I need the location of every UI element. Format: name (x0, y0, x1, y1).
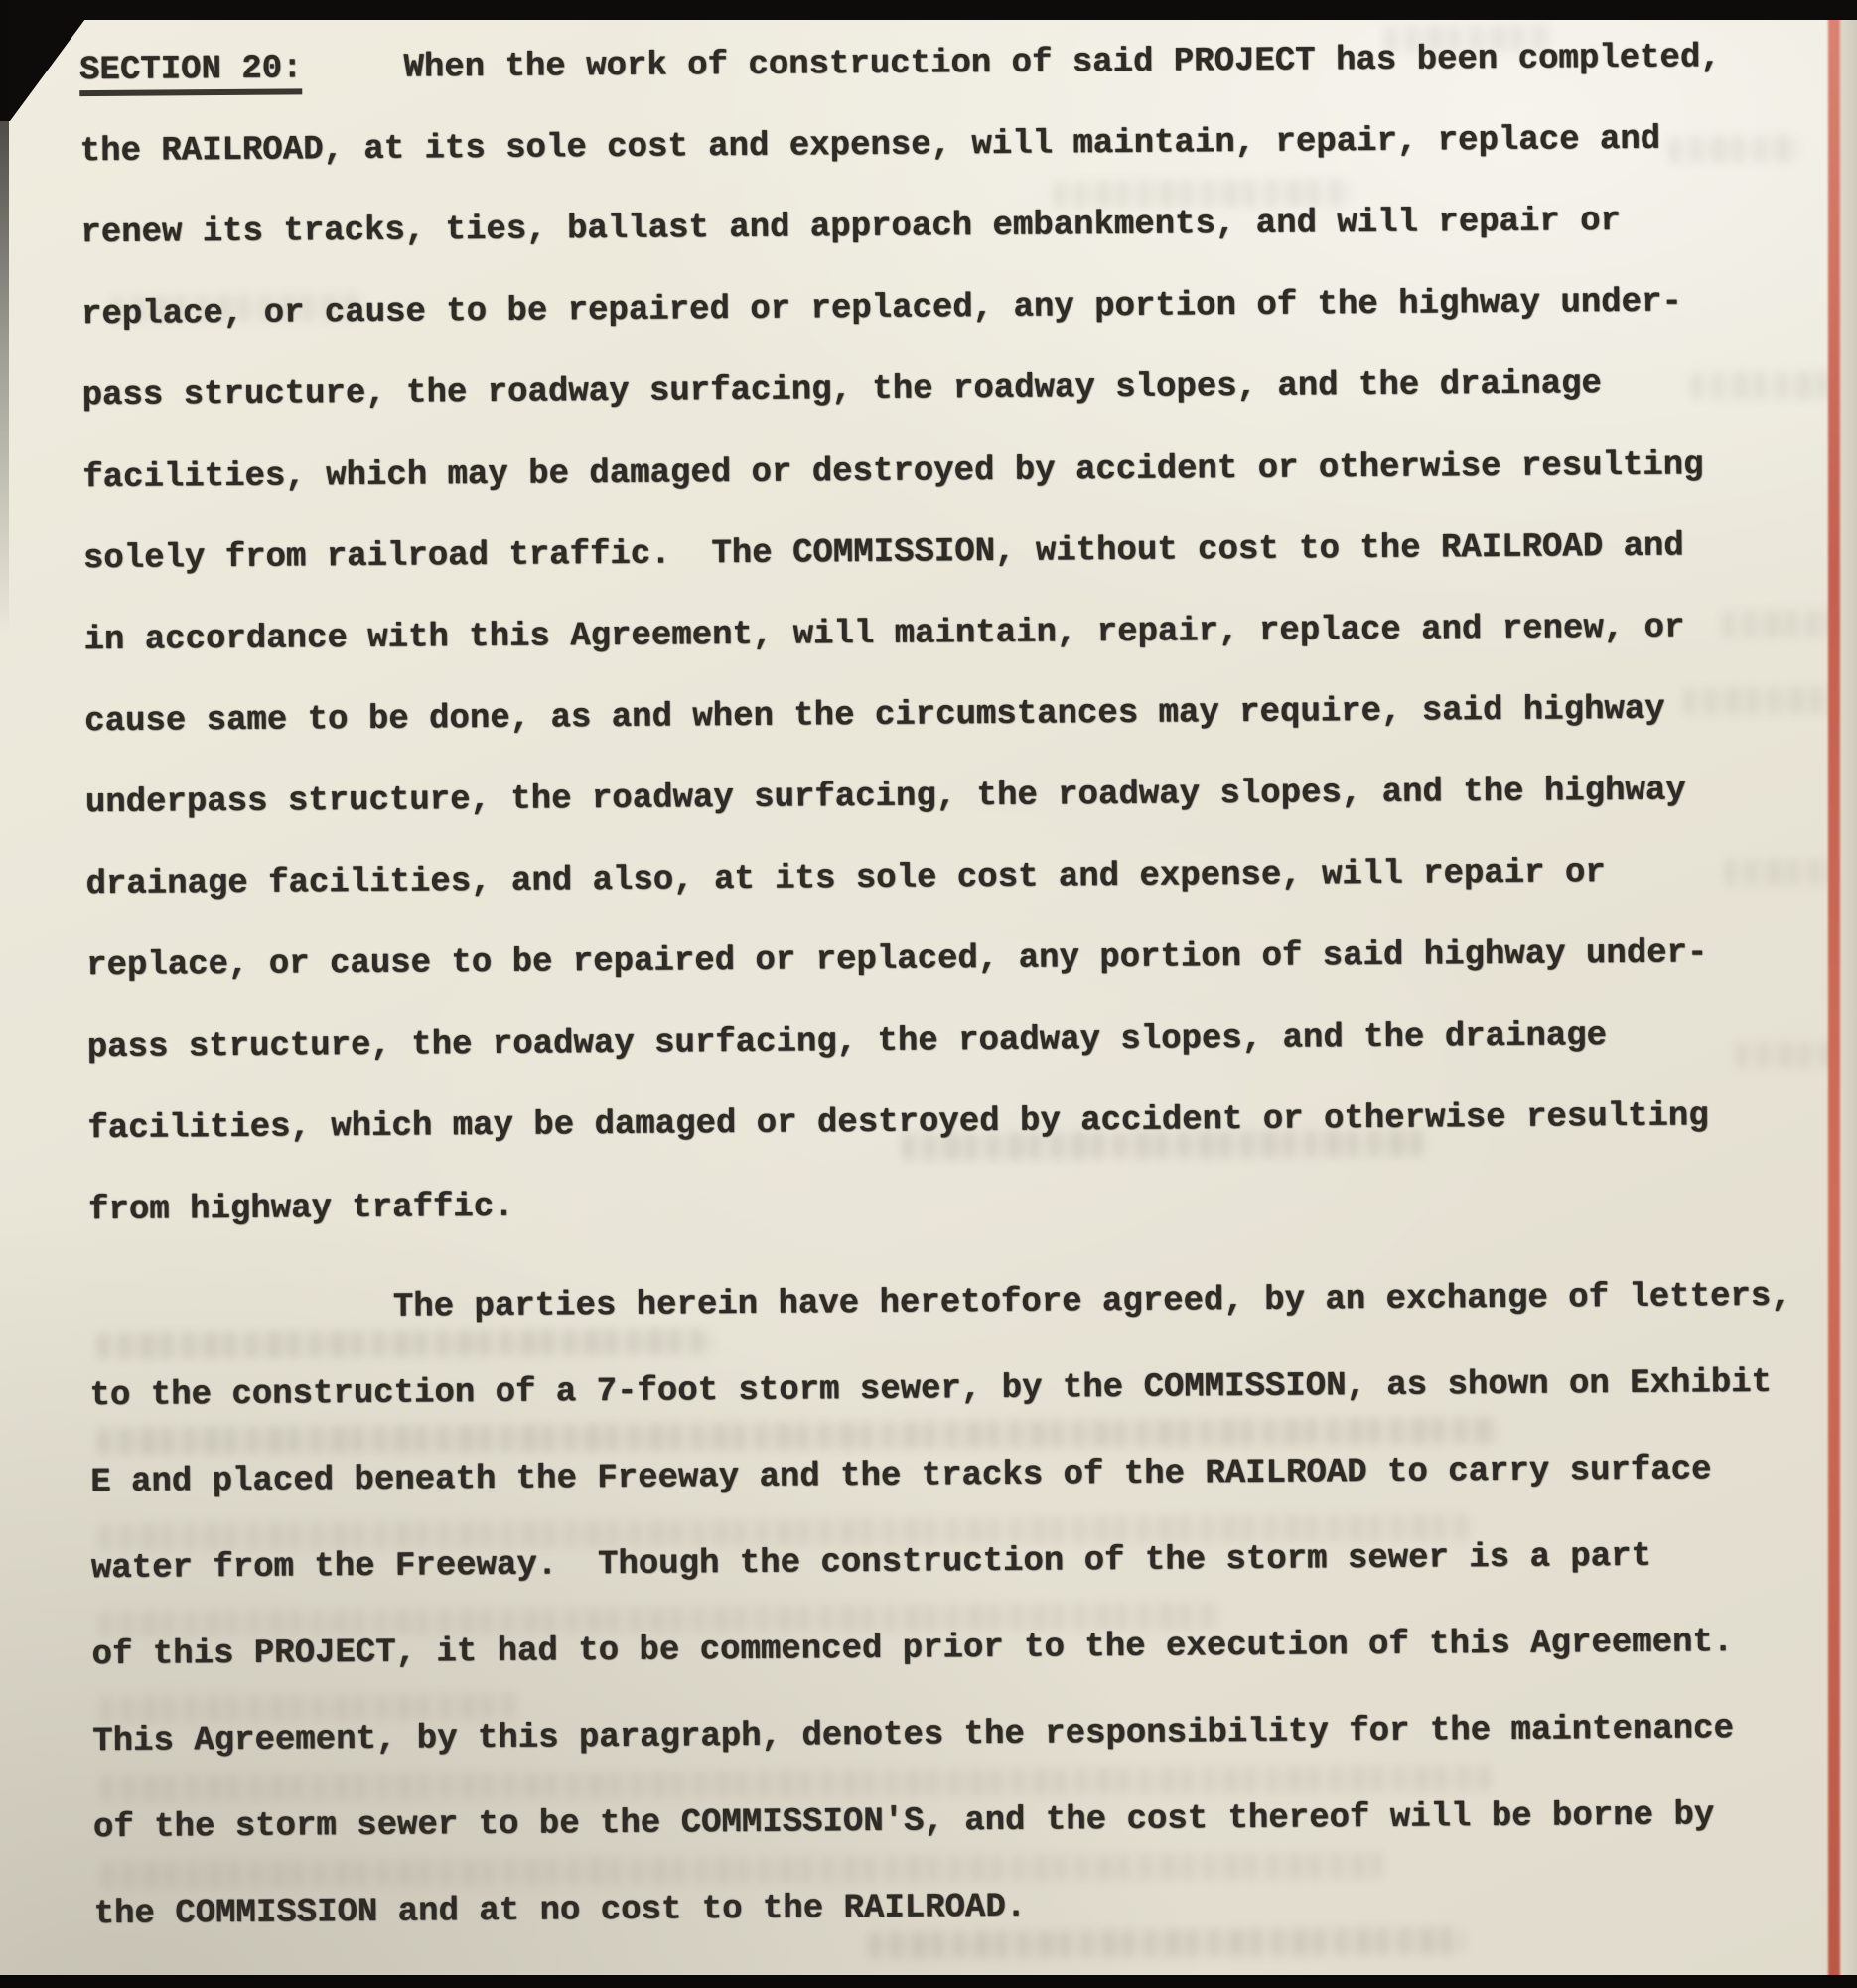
scan-border-top (0, 0, 1857, 20)
text-line: replace, or cause to be repaired or repl… (86, 912, 1857, 1007)
text-line: of the storm sewer to be the COMMISSION'… (93, 1772, 1857, 1872)
text-line: the RAILROAD, at its sole cost and expen… (79, 97, 1857, 193)
paragraph: The parties herein have heretofore agree… (89, 1253, 1857, 1958)
text-line: SECTION 20: When the work of constructio… (79, 16, 1857, 111)
scanned-agreement-page: SECTION 20: When the work of constructio… (0, 0, 1857, 1988)
section-heading: SECTION 20: (79, 50, 303, 96)
text-line: pass structure, the roadway surfacing, t… (86, 993, 1857, 1088)
text-line: the COMMISSION and at no cost to the RAI… (93, 1858, 1857, 1958)
text-line: replace, or cause to be repaired or repl… (81, 260, 1857, 355)
text-line: pass structure, the roadway surfacing, t… (81, 342, 1857, 437)
text-line: to the construction of a 7-foot storm se… (89, 1340, 1857, 1440)
text-line: drainage facilities, and also, at its so… (85, 830, 1857, 925)
page-edge-shadow (0, 0, 9, 636)
text-line: facilities, which may be damaged or dest… (82, 423, 1857, 518)
text-line: renew its tracks, ties, ballast and appr… (80, 179, 1857, 274)
text-line: The parties herein have heretofore agree… (89, 1253, 1857, 1353)
text-line: of this PROJECT, it had to be commenced … (91, 1599, 1857, 1699)
adjacent-page-edge (1840, 20, 1857, 1975)
paper-tilt-layer: SECTION 20: When the work of constructio… (0, 0, 1857, 1988)
text-line: facilities, which may be damaged or dest… (87, 1074, 1857, 1170)
text-line: This Agreement, by this paragraph, denot… (92, 1685, 1857, 1785)
paragraph: SECTION 20: When the work of constructio… (79, 16, 1857, 1251)
text-line: in accordance with this Agreement, will … (83, 586, 1857, 681)
text-line: E and placed beneath the Freeway and the… (90, 1426, 1857, 1526)
text-layer: SECTION 20: When the work of constructio… (79, 16, 1857, 1958)
scan-border-bottom (0, 1975, 1857, 1988)
text-line: water from the Freeway. Though the const… (91, 1512, 1857, 1613)
text-line: underpass structure, the roadway surfaci… (85, 749, 1857, 844)
text-line: cause same to be done, as and when the c… (84, 667, 1857, 763)
text-line: solely from railroad traffic. The COMMIS… (83, 504, 1857, 600)
binding-red-line (1828, 18, 1840, 1988)
text-line: from highway traffic. (88, 1156, 1857, 1251)
